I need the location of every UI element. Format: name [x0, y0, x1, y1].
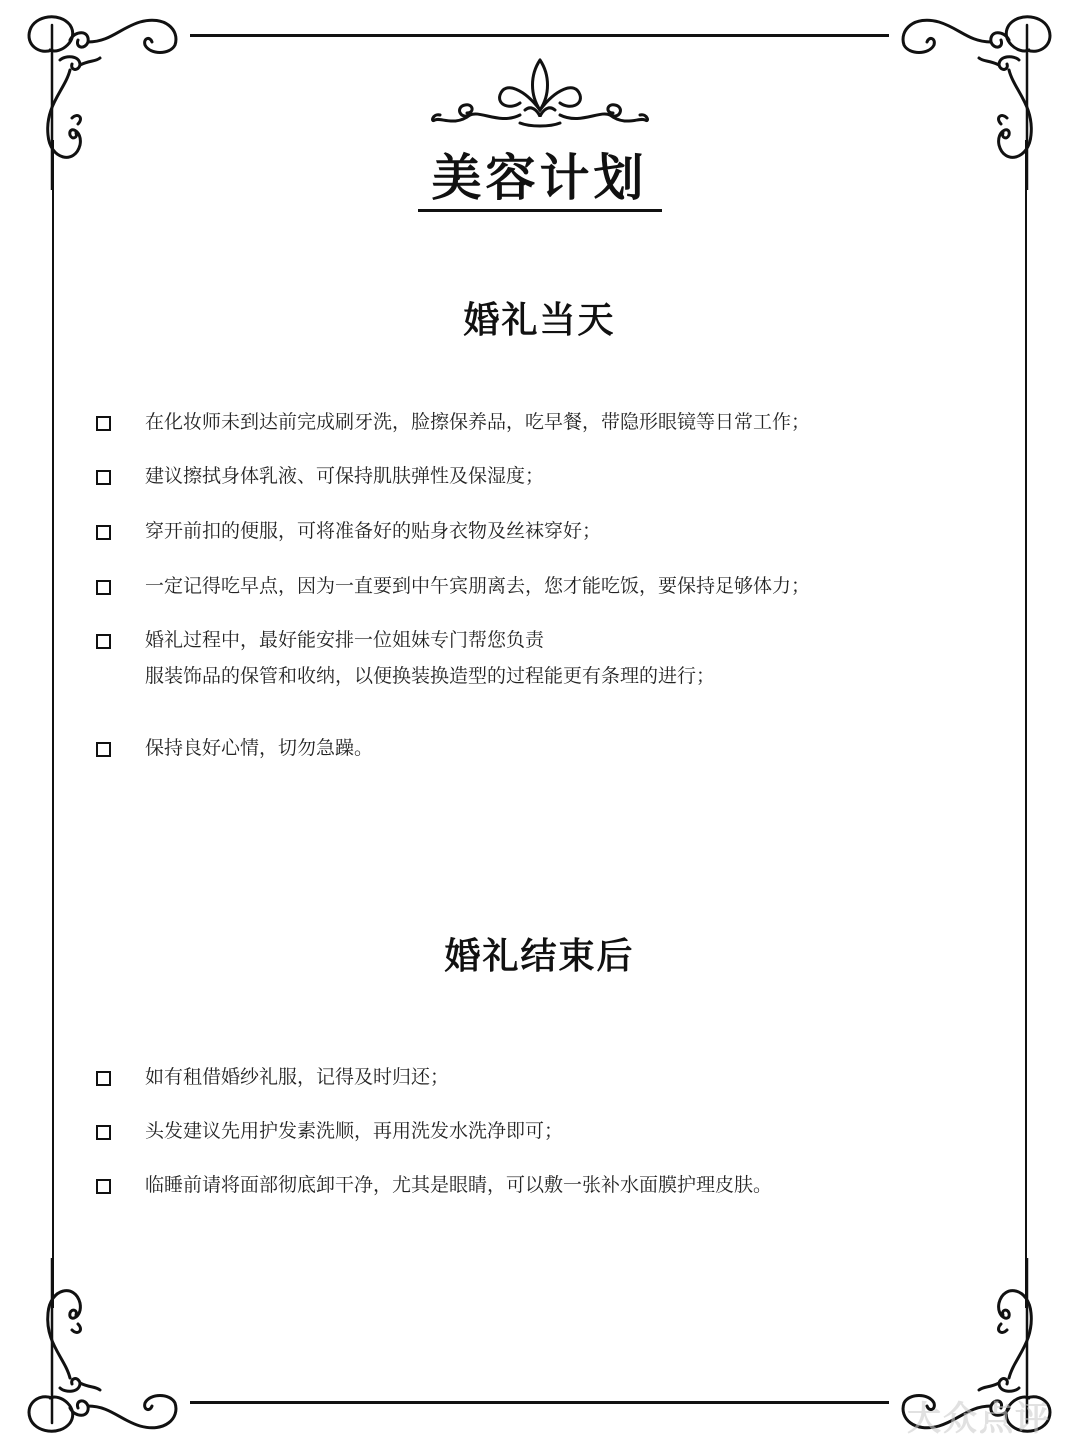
checklist-item: 保持良好心情，切勿急躁。 [96, 736, 959, 766]
item-text: 保持良好心情，切勿急躁。 [145, 730, 373, 766]
item-text-continued: 服装饰品的保管和收纳，以便换装换造型的过程能更有条理的进行； [145, 658, 715, 694]
empty-checkbox-icon[interactable] [96, 742, 111, 757]
watermark: 大众点评 [907, 1391, 1051, 1440]
empty-checkbox-icon[interactable] [96, 416, 111, 431]
checklist-item: 婚礼过程中，最好能安排一位姐妹专门帮您负责 服装饰品的保管和收纳，以便换装换造型… [96, 628, 959, 694]
empty-checkbox-icon[interactable] [96, 580, 111, 595]
frame-bottom-border [190, 1401, 889, 1404]
checklist-item: 一定记得吃早点，因为一直要到中午宾朋离去，您才能吃饭，要保持足够体力； [96, 574, 959, 604]
checklist-item: 临睡前请将面部彻底卸干净，尤其是眼睛，可以敷一张补水面膜护理皮肤。 [96, 1173, 959, 1203]
empty-checkbox-icon[interactable] [96, 1179, 111, 1194]
flourish-corner-icon-bottom-left [0, 1258, 200, 1448]
item-text: 一定记得吃早点，因为一直要到中午宾朋离去，您才能吃饭，要保持足够体力； [145, 568, 810, 604]
empty-checkbox-icon[interactable] [96, 525, 111, 540]
checklist-item: 建议擦拭身体乳液、可保持肌肤弹性及保湿度； [96, 464, 959, 494]
section-heading-wedding-day: 婚礼当天 [0, 292, 1079, 343]
checklist-item: 在化妆师未到达前完成刷牙洗，脸擦保养品，吃早餐，带隐形眼镜等日常工作； [96, 410, 959, 440]
item-text: 婚礼过程中，最好能安排一位姐妹专门帮您负责 [145, 622, 715, 658]
item-text: 在化妆师未到达前完成刷牙洗，脸擦保养品，吃早餐，带隐形眼镜等日常工作； [145, 404, 810, 440]
crown-flourish-icon [425, 55, 655, 135]
item-text: 如有租借婚纱礼服，记得及时归还； [145, 1059, 449, 1095]
checklist-item: 穿开前扣的便服，可将准备好的贴身衣物及丝袜穿好； [96, 519, 959, 549]
checklist-item: 如有租借婚纱礼服，记得及时归还； [96, 1065, 959, 1095]
checklist-item: 头发建议先用护发素洗顺，再用洗发水洗净即可； [96, 1119, 959, 1149]
item-text: 建议擦拭身体乳液、可保持肌肤弹性及保湿度； [145, 458, 544, 494]
frame-top-border [190, 34, 889, 37]
empty-checkbox-icon[interactable] [96, 470, 111, 485]
item-text: 头发建议先用护发素洗顺，再用洗发水洗净即可； [145, 1113, 563, 1149]
item-text: 临睡前请将面部彻底卸干净，尤其是眼睛，可以敷一张补水面膜护理皮肤。 [145, 1167, 772, 1203]
empty-checkbox-icon[interactable] [96, 1125, 111, 1140]
item-text: 穿开前扣的便服，可将准备好的贴身衣物及丝袜穿好； [145, 513, 601, 549]
empty-checkbox-icon[interactable] [96, 1071, 111, 1086]
section-heading-after-wedding: 婚礼结束后 [0, 928, 1079, 979]
title-underline [418, 209, 662, 212]
page-title: 美容计划 [0, 138, 1079, 210]
empty-checkbox-icon[interactable] [96, 634, 111, 649]
